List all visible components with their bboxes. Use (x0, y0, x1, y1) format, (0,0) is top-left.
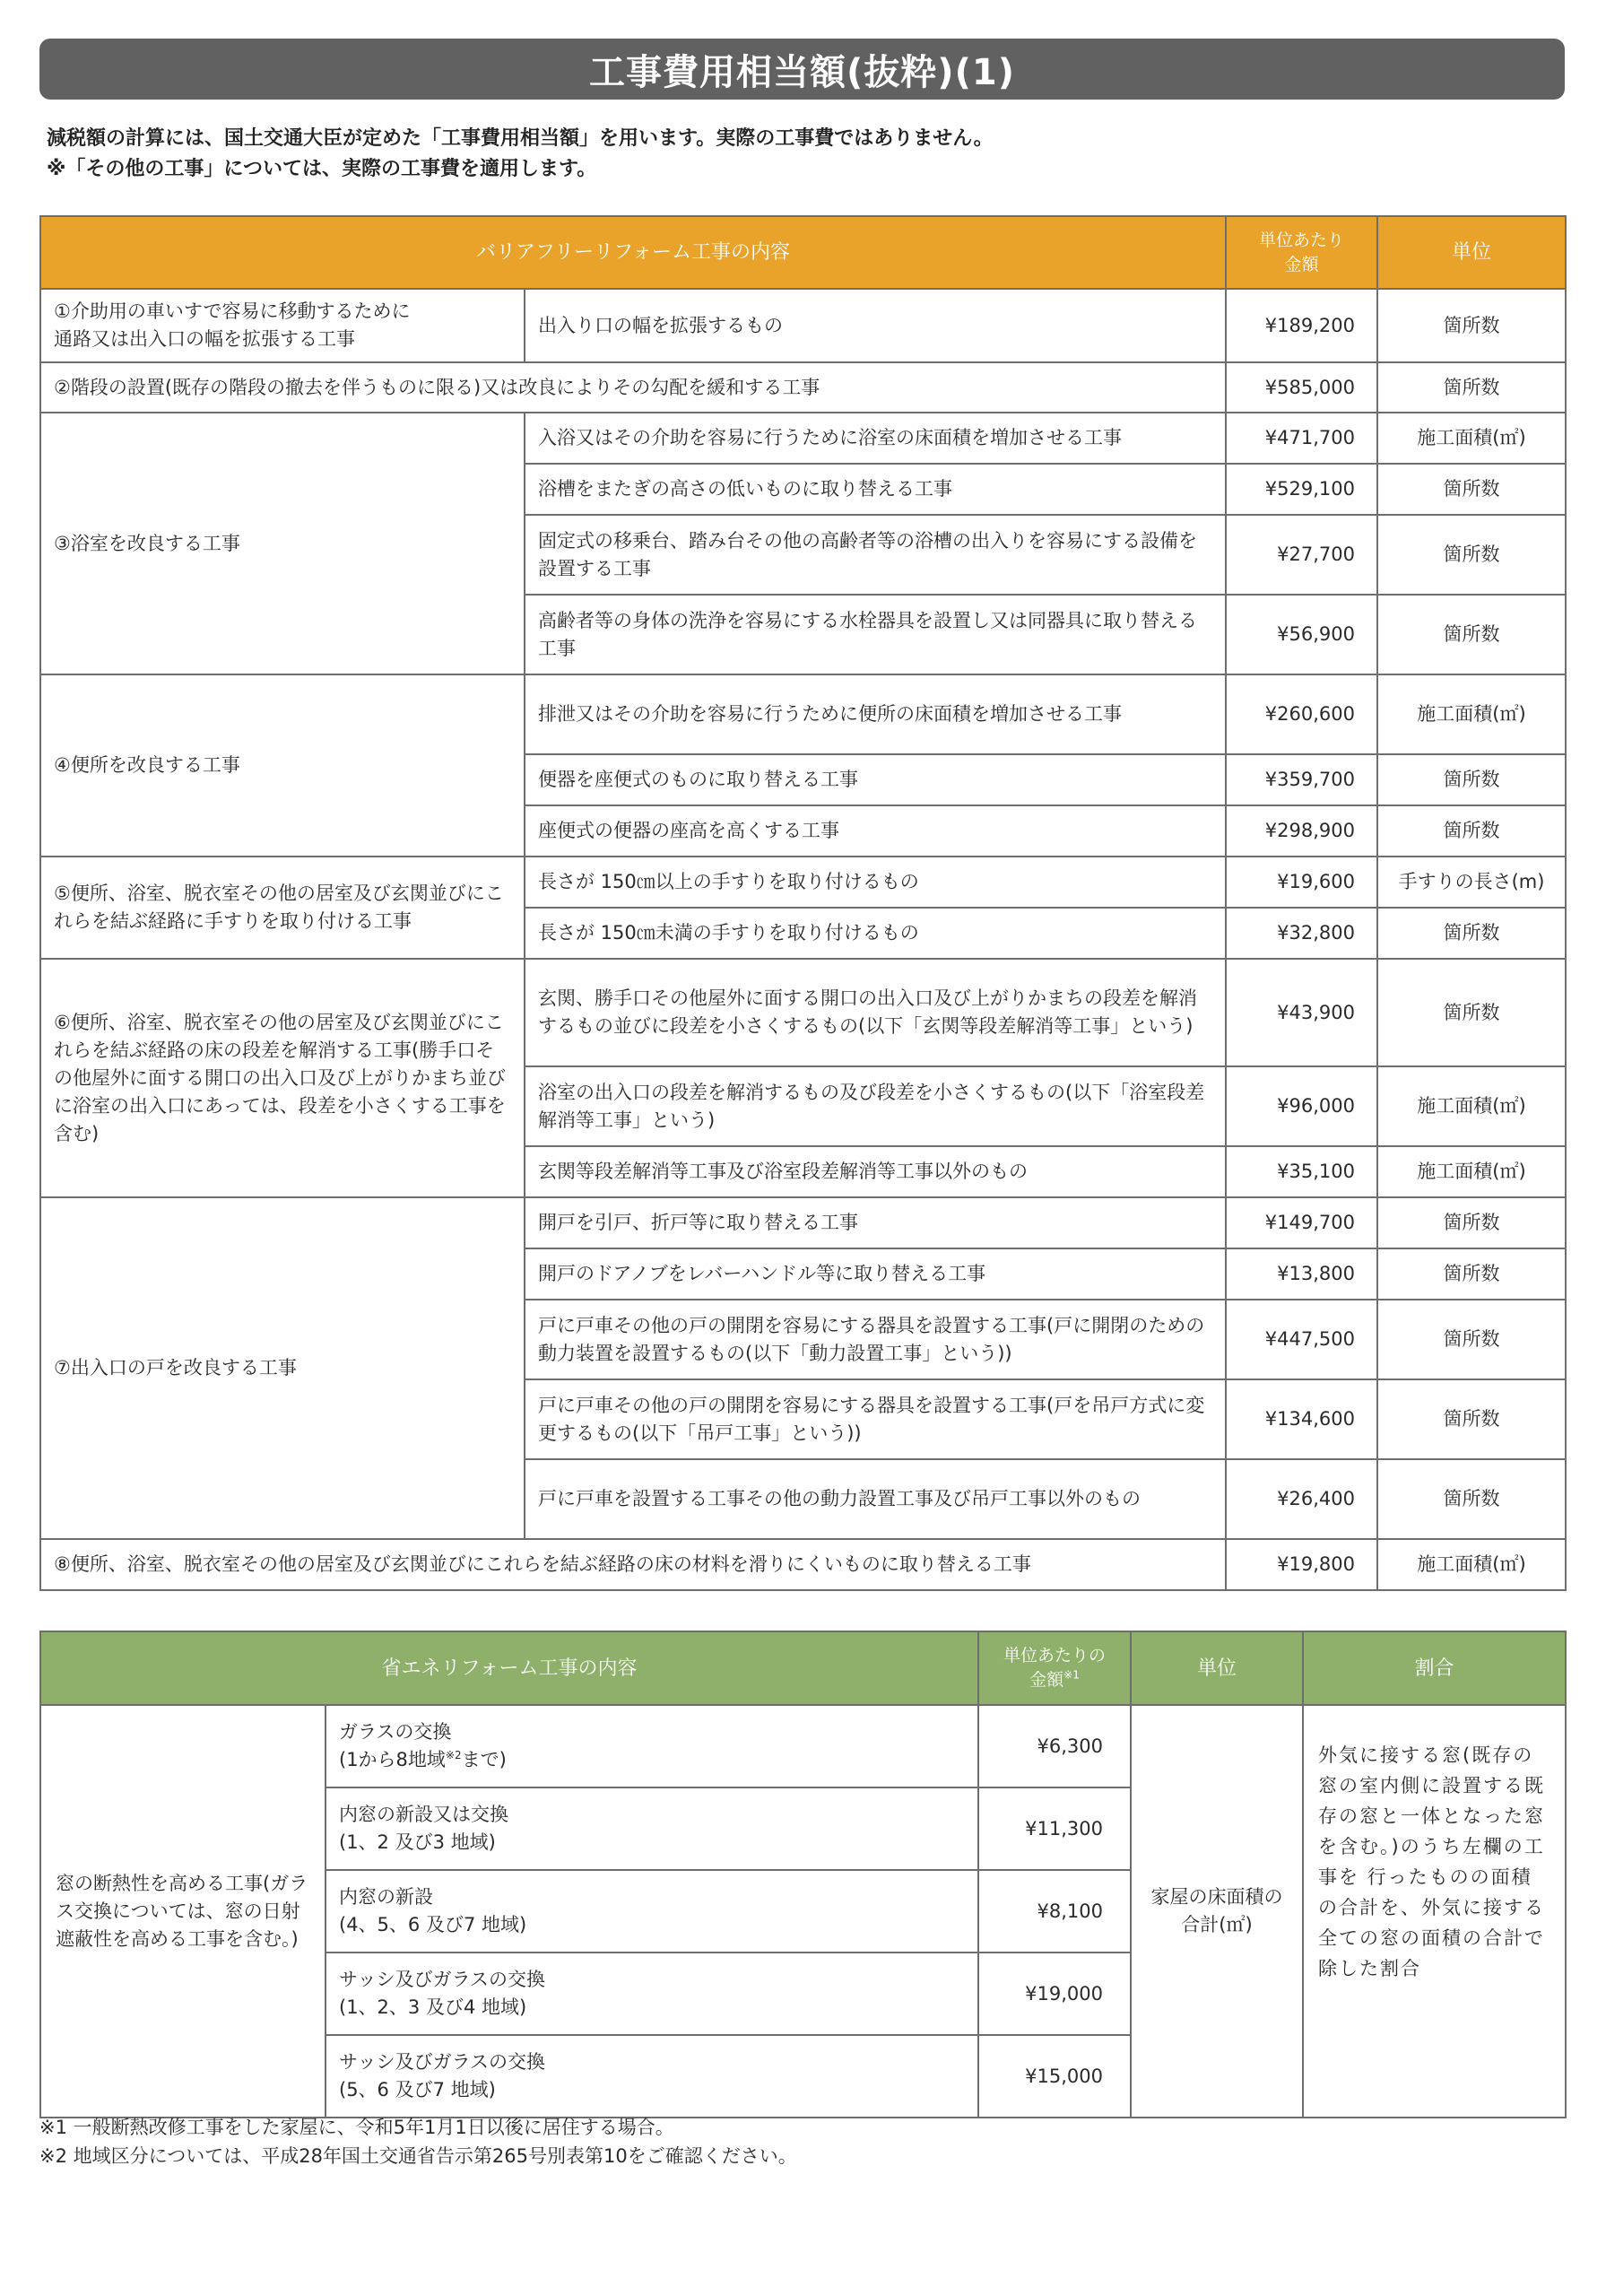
category-cell: ⑤便所、浴室、脱衣室その他の居室及び玄関並びにこれらを結ぶ経路に手すりを取り付け… (40, 857, 525, 959)
price-cell: ¥359,700 (1226, 754, 1377, 805)
detail-region: (1、2 及び3 地域) (339, 1829, 965, 1857)
detail-cell: サッシ及びガラスの交換 (1、2、3 及び4 地域) (326, 1952, 978, 2035)
unit-cell: 箇所数 (1377, 515, 1566, 595)
detail-cell: 入浴又はその介助を容易に行うために浴室の床面積を増加させる工事 (525, 413, 1226, 464)
detail-cell: 高齢者等の身体の洗浄を容易にする水栓器具を設置し又は同器具に取り替える工事 (525, 595, 1226, 674)
price-cell: ¥19,600 (1226, 857, 1377, 908)
detail-cell: 開戸のドアノブをレバーハンドル等に取り替える工事 (525, 1248, 1226, 1300)
header-unit-price: 単位あたりの金額※1 (978, 1631, 1131, 1705)
detail-region: (4、5、6 及び7 地域) (339, 1911, 965, 1939)
detail-title: 内窓の新設又は交換 (339, 1801, 965, 1829)
category-cell: ③浴室を改良する工事 (40, 413, 525, 674)
price-cell: ¥26,400 (1226, 1459, 1377, 1539)
price-cell: ¥19,000 (978, 1952, 1131, 2035)
detail-cell: 玄関等段差解消等工事及び浴室段差解消等工事以外のもの (525, 1146, 1226, 1197)
unit-cell: 箇所数 (1377, 289, 1566, 362)
detail-cell: 排泄又はその介助を容易に行うために便所の床面積を増加させる工事 (525, 674, 1226, 754)
header-unit-price-line2: 金額 (1284, 255, 1318, 274)
unit-cell: 施工面積(㎡) (1377, 674, 1566, 754)
unit-cell: 箇所数 (1377, 908, 1566, 959)
table-row: ⑤便所、浴室、脱衣室その他の居室及び玄関並びにこれらを結ぶ経路に手すりを取り付け… (40, 857, 1566, 908)
detail-title: ガラスの交換 (339, 1718, 965, 1746)
category-cell: ④便所を改良する工事 (40, 674, 525, 857)
page-title: 工事費用相当額(抜粋)(1) (39, 39, 1565, 100)
unit-cell: 箇所数 (1377, 595, 1566, 674)
detail-region-text-end: まで) (462, 1749, 507, 1770)
detail-cell: 内窓の新設又は交換 (1、2 及び3 地域) (326, 1787, 978, 1870)
price-cell: ¥35,100 (1226, 1146, 1377, 1197)
price-cell: ¥8,100 (978, 1870, 1131, 1952)
unit-cell: 箇所数 (1377, 754, 1566, 805)
category-cell: ⑦出入口の戸を改良する工事 (40, 1197, 525, 1539)
detail-cell: ガラスの交換 (1から8地域※2まで) (326, 1705, 978, 1787)
energy-saving-table: 省エネリフォーム工事の内容 単位あたりの金額※1 単位 割合 窓の断熱性を高める… (39, 1631, 1567, 2118)
intro-line-1: 減税額の計算には、国土交通大臣が定めた「工事費用相当額」を用います。実際の工事費… (47, 124, 994, 154)
detail-cell: 座便式の便器の座高を高くする工事 (525, 805, 1226, 857)
unit-cell: 箇所数 (1377, 362, 1566, 413)
price-cell: ¥15,000 (978, 2035, 1131, 2118)
ratio-cell: 外気に接する窓(既存の窓の室内側に設置する既存の窓と一体となった窓を含む。)のう… (1303, 1705, 1566, 2118)
table-row: ④便所を改良する工事 排泄又はその介助を容易に行うために便所の床面積を増加させる… (40, 674, 1566, 754)
price-cell: ¥32,800 (1226, 908, 1377, 959)
detail-cell: サッシ及びガラスの交換 (5、6 及び7 地域) (326, 2035, 978, 2118)
price-cell: ¥585,000 (1226, 362, 1377, 413)
unit-cell: 箇所数 (1377, 1248, 1566, 1300)
detail-region: (1、2、3 及び4 地域) (339, 1994, 965, 2022)
unit-cell: 箇所数 (1377, 1300, 1566, 1379)
detail-cell: 開戸を引戸、折戸等に取り替える工事 (525, 1197, 1226, 1248)
unit-cell: 箇所数 (1377, 959, 1566, 1066)
category-cell: ②階段の設置(既存の階段の撤去を伴うものに限る)又は改良によりその勾配を緩和する… (40, 362, 1226, 413)
table-row: ③浴室を改良する工事 入浴又はその介助を容易に行うために浴室の床面積を増加させる… (40, 413, 1566, 464)
header-unit: 単位 (1377, 216, 1566, 289)
detail-cell: 便器を座便式のものに取り替える工事 (525, 754, 1226, 805)
unit-cell: 家屋の床面積の合計(㎡) (1131, 1705, 1303, 2118)
unit-cell: 箇所数 (1377, 1459, 1566, 1539)
price-cell: ¥6,300 (978, 1705, 1131, 1787)
unit-cell: 箇所数 (1377, 464, 1566, 515)
price-cell: ¥96,000 (1226, 1066, 1377, 1146)
footnote-marker-2: ※2 (446, 1749, 462, 1761)
table-header-row: 省エネリフォーム工事の内容 単位あたりの金額※1 単位 割合 (40, 1631, 1566, 1705)
price-cell: ¥19,800 (1226, 1539, 1377, 1590)
table-row: ⑦出入口の戸を改良する工事 開戸を引戸、折戸等に取り替える工事 ¥149,700… (40, 1197, 1566, 1248)
detail-cell: 長さが 150㎝以上の手すりを取り付けるもの (525, 857, 1226, 908)
unit-cell: 施工面積(㎡) (1377, 1146, 1566, 1197)
price-cell: ¥13,800 (1226, 1248, 1377, 1300)
price-cell: ¥298,900 (1226, 805, 1377, 857)
barrier-free-table: バリアフリーリフォーム工事の内容 単位あたり金額 単位 ①介助用の車いすで容易に… (39, 215, 1567, 1591)
price-cell: ¥149,700 (1226, 1197, 1377, 1248)
price-cell: ¥43,900 (1226, 959, 1377, 1066)
header-unit: 単位 (1131, 1631, 1303, 1705)
unit-cell: 箇所数 (1377, 1379, 1566, 1459)
detail-cell: 戸に戸車その他の戸の開閉を容易にする器具を設置する工事(戸を吊戸方式に変更するも… (525, 1379, 1226, 1459)
table-row: 窓の断熱性を高める工事(ガラス交換については、窓の日射遮蔽性を高める工事を含む。… (40, 1705, 1566, 1787)
header-unit-price-line1: 単位あたり (1259, 230, 1344, 250)
header-ratio: 割合 (1303, 1631, 1566, 1705)
detail-cell: 浴槽をまたぎの高さの低いものに取り替える工事 (525, 464, 1226, 515)
detail-cell: 浴室の出入口の段差を解消するもの及び段差を小さくするもの(以下「浴室段差解消等工… (525, 1066, 1226, 1146)
header-unit-price-line1: 単位あたりの (1003, 1646, 1106, 1665)
table-row: ⑧便所、浴室、脱衣室その他の居室及び玄関並びにこれらを結ぶ経路の床の材料を滑りに… (40, 1539, 1566, 1590)
price-cell: ¥471,700 (1226, 413, 1377, 464)
header-content: バリアフリーリフォーム工事の内容 (40, 216, 1226, 289)
detail-cell: 出入り口の幅を拡張するもの (525, 289, 1226, 362)
unit-cell: 施工面積(㎡) (1377, 1539, 1566, 1590)
detail-cell: 長さが 150㎝未満の手すりを取り付けるもの (525, 908, 1226, 959)
detail-cell: 戸に戸車その他の戸の開閉を容易にする器具を設置する工事(戸に開閉のための動力装置… (525, 1300, 1226, 1379)
table-header-row: バリアフリーリフォーム工事の内容 単位あたり金額 単位 (40, 216, 1566, 289)
price-cell: ¥447,500 (1226, 1300, 1377, 1379)
detail-region-text: (1から8地域 (339, 1749, 446, 1770)
price-cell: ¥189,200 (1226, 289, 1377, 362)
detail-cell: 戸に戸車を設置する工事その他の動力設置工事及び吊戸工事以外のもの (525, 1459, 1226, 1539)
header-unit-price: 単位あたり金額 (1226, 216, 1377, 289)
detail-cell: 玄関、勝手口その他屋外に面する開口の出入口及び上がりかまちの段差を解消するもの並… (525, 959, 1226, 1066)
category-cell: 窓の断熱性を高める工事(ガラス交換については、窓の日射遮蔽性を高める工事を含む。… (40, 1705, 326, 2118)
category-cell: ⑧便所、浴室、脱衣室その他の居室及び玄関並びにこれらを結ぶ経路の床の材料を滑りに… (40, 1539, 1226, 1590)
detail-title: 内窓の新設 (339, 1883, 965, 1911)
detail-region: (1から8地域※2まで) (339, 1746, 965, 1774)
unit-cell: 施工面積(㎡) (1377, 1066, 1566, 1146)
price-cell: ¥11,300 (978, 1787, 1131, 1870)
detail-cell: 内窓の新設 (4、5、6 及び7 地域) (326, 1870, 978, 1952)
detail-region: (5、6 及び7 地域) (339, 2076, 965, 2104)
detail-title: サッシ及びガラスの交換 (339, 1966, 965, 1994)
footnote-marker-1: ※1 (1063, 1669, 1080, 1682)
table-row: ①介助用の車いすで容易に移動するために 通路又は出入口の幅を拡張する工事 出入り… (40, 289, 1566, 362)
header-content: 省エネリフォーム工事の内容 (40, 1631, 978, 1705)
footnote-2: ※2 地域区分については、平成28年国土交通省告示第265号別表第10をご確認く… (39, 2142, 797, 2170)
table-row: ②階段の設置(既存の階段の撤去を伴うものに限る)又は改良によりその勾配を緩和する… (40, 362, 1566, 413)
price-cell: ¥260,600 (1226, 674, 1377, 754)
unit-cell: 箇所数 (1377, 1197, 1566, 1248)
unit-cell: 施工面積(㎡) (1377, 413, 1566, 464)
price-cell: ¥56,900 (1226, 595, 1377, 674)
unit-cell: 手すりの長さ(m) (1377, 857, 1566, 908)
footnotes: ※1 一般断熱改修工事をした家屋に、令和5年1月1日以後に居住する場合。 ※2 … (39, 2113, 797, 2170)
footnote-1: ※1 一般断熱改修工事をした家屋に、令和5年1月1日以後に居住する場合。 (39, 2113, 797, 2142)
table-row: ⑥便所、浴室、脱衣室その他の居室及び玄関並びにこれらを結ぶ経路の床の段差を解消す… (40, 959, 1566, 1066)
price-cell: ¥27,700 (1226, 515, 1377, 595)
detail-title: サッシ及びガラスの交換 (339, 2048, 965, 2076)
detail-cell: 固定式の移乗台、踏み台その他の高齢者等の浴槽の出入りを容易にする設備を設置する工… (525, 515, 1226, 595)
intro-text: 減税額の計算には、国土交通大臣が定めた「工事費用相当額」を用います。実際の工事費… (47, 124, 994, 185)
category-cell: ⑥便所、浴室、脱衣室その他の居室及び玄関並びにこれらを結ぶ経路の床の段差を解消す… (40, 959, 525, 1197)
header-unit-price-line2: 金額 (1029, 1670, 1063, 1690)
price-cell: ¥134,600 (1226, 1379, 1377, 1459)
unit-cell: 箇所数 (1377, 805, 1566, 857)
price-cell: ¥529,100 (1226, 464, 1377, 515)
category-cell: ①介助用の車いすで容易に移動するために 通路又は出入口の幅を拡張する工事 (40, 289, 525, 362)
intro-line-2: ※「その他の工事」については、実際の工事費を適用します。 (47, 154, 994, 185)
